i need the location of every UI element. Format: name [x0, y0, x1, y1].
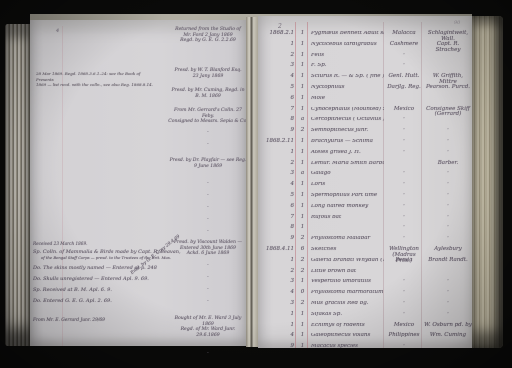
ditto-mark: · — [205, 228, 211, 235]
entry-line: Do. Skulls unregistered — Entered Apl. 9… — [33, 277, 193, 283]
description-cell: Phyllostoma marmoratum — [309, 290, 384, 296]
table-row: 61Mole — [258, 96, 470, 102]
description-cell: Brachyurus — Schima — [309, 139, 384, 145]
quantity-cell: 1 — [296, 204, 309, 210]
donor-cell: · — [424, 279, 472, 285]
acquisition-note: Presd. by W. T. Blanford Esq.23 Jany 186… — [168, 68, 248, 79]
locality-cell: · — [384, 204, 424, 210]
quantity-cell: 1 — [296, 161, 309, 167]
register-number-cell: 9 — [258, 236, 296, 242]
description-cell: F. Sp. — [309, 63, 384, 69]
donor-cell — [424, 63, 472, 69]
description-cell: Mus gracilis Red bg. — [309, 301, 384, 307]
table-row: 1868.2.111Brachyurus — Schima·· — [258, 139, 470, 145]
donor-cell: · — [424, 139, 472, 145]
register-number-cell: 5 — [258, 193, 296, 199]
description-cell: Galago — [309, 171, 384, 177]
note-line: Regd. by G. E. G. 2.2.69 — [168, 38, 248, 44]
entry-subtext: of the Bengal Staff Corps — presd. to th… — [41, 256, 193, 260]
ditto-mark: · — [205, 216, 211, 223]
donor-cell: Barber. — [424, 161, 472, 167]
acquisition-note: From Mr. Gerrard's Colln. 27 Feby.Consig… — [168, 108, 248, 125]
bottom-note: From Mr. E. Gerrard Junr. 29/69 — [33, 318, 105, 323]
locality-cell: · — [384, 236, 424, 242]
table-row: 11Echimys of rodentsMexicoW. Osburn pd. … — [258, 323, 470, 329]
table-row: 12Galeria Brandti Whydah (Type)PersiaBra… — [258, 258, 470, 264]
register-number-cell: 3 — [258, 279, 296, 285]
left-page: 4 28 Mar 1869. Regd. 1868.3.6.1–24: see … — [30, 20, 246, 346]
locality-cell: · — [384, 279, 424, 285]
table-row: 91Macacus species· — [258, 344, 470, 350]
ditto-mark: · — [205, 286, 211, 293]
locality-cell: · — [384, 63, 424, 69]
donor-cell: · — [424, 290, 472, 296]
stamp-line: 28 Mar 1869. Regd. 1868.3.6.1–24: see th… — [36, 71, 154, 82]
locality-cell: · — [384, 290, 424, 296]
donor-cell — [424, 269, 472, 275]
acquisition-note: Bought of Mr. E. Ward 3 July1869Regd. of… — [168, 316, 248, 339]
locality-cell — [384, 96, 424, 102]
register-number-cell: 2 — [258, 161, 296, 167]
received-block: Received 23 March 1869. Sp. Colln. of Ma… — [33, 241, 193, 310]
description-cell: Pygmæus Bennett Adult sk. — [309, 31, 384, 43]
ditto-mark: · — [205, 274, 211, 281]
register-number-cell: 2 — [258, 53, 296, 59]
donor-cell: · — [424, 301, 472, 307]
register-number-cell: 8 — [258, 225, 296, 231]
acquisition-note: Returned from the Studio ofMr. Ford 2 Ja… — [168, 27, 248, 44]
register-number-cell: 3 — [258, 171, 296, 177]
accession-stamp-note: 28 Mar 1869. Regd. 1868.3.6.1–24: see th… — [36, 71, 154, 88]
quantity-cell: 1 — [296, 225, 309, 231]
description-cell: Vespertilio umbratilis — [309, 279, 384, 285]
page-number-left: 2 — [278, 23, 282, 30]
quantity-cell: 1 — [296, 344, 309, 350]
description-cell: Galeria Brandti Whydah (Type) — [309, 258, 384, 264]
register-rows: 1868.2.11Pygmæus Bennett Adult sk.Malacc… — [258, 31, 470, 346]
quantity-cell: 1 — [296, 96, 309, 102]
donor-cell — [424, 344, 472, 350]
quantity-cell: 1 — [296, 182, 309, 188]
quantity-cell: 2 — [296, 128, 309, 134]
table-row: 21Lemur. Maria Smith Barbu Bay.Barber. — [258, 161, 470, 167]
table-row: 51Spermophilus Part time·· — [258, 193, 470, 199]
donor-cell: · — [424, 182, 472, 188]
locality-cell: · — [384, 312, 424, 318]
table-row: 31Vespertilio umbratilis·· — [258, 279, 470, 285]
table-row: 11Nycticebus tardigradusCashmereCapt. R.… — [258, 42, 470, 54]
donor-cell: W. Osburn pd. by — [424, 323, 472, 329]
locality-cell — [384, 161, 424, 167]
stamp-line: 1869 — list recd. with the colln., see a… — [36, 82, 154, 88]
description-cell: Phyllostoma Malabar — [309, 236, 384, 242]
register-number-cell: 4 — [258, 333, 296, 339]
locality-cell: · — [384, 117, 424, 123]
table-row: 31F. Sp.· — [258, 63, 470, 69]
quantity-cell: 0 — [296, 290, 309, 296]
quantity-cell: 1 — [296, 215, 309, 221]
ditto-mark: · — [205, 262, 211, 269]
ditto-mark: · — [205, 180, 211, 187]
quantity-cell: a — [296, 117, 309, 123]
donor-cell: · — [424, 236, 472, 242]
quantity-cell: 2 — [296, 301, 309, 307]
table-row: 81·· — [258, 225, 470, 231]
locality-cell: · — [384, 301, 424, 307]
entry-line: Sp. Colln. of Mammalia & Birds made by C… — [33, 250, 193, 260]
table-row: 92Phyllostoma Malabar·· — [258, 236, 470, 242]
book-gutter — [246, 17, 258, 347]
donor-cell: · — [424, 225, 472, 231]
description-cell: Sifakas Sp. — [309, 312, 384, 318]
table-row: 21Felis· — [258, 53, 470, 59]
locality-cell: Persia — [384, 258, 424, 264]
table-row: 71Rufous bat·· — [258, 215, 470, 221]
quantity-cell: 1 — [296, 312, 309, 318]
locality-cell: · — [384, 139, 424, 145]
table-row: 11Sifakas Sp.·· — [258, 312, 470, 318]
entry-line: Do. The skins mostly named — Entered at … — [33, 266, 193, 272]
register-number-cell: 5 — [258, 85, 296, 91]
description-cell: Rufous bat — [309, 215, 384, 221]
donor-cell: Capt. R. Strachey — [424, 42, 472, 54]
note-line: 29.6.1869 — [168, 333, 248, 339]
register-number-cell: 9 — [258, 128, 296, 134]
note-line: Bought of Mr. E. Ward 3 July — [168, 316, 248, 322]
ditto-mark: · — [205, 350, 211, 357]
register-number-cell: 1 — [258, 323, 296, 329]
description-cell: Long haired monkey — [309, 204, 384, 210]
description-cell: Loris — [309, 182, 384, 188]
table-row: 40Phyllostoma marmoratum·· — [258, 290, 470, 296]
note-line: 9 June 1869 — [168, 164, 248, 170]
ditto-mark: · — [205, 129, 211, 136]
ditto-mark: · — [205, 192, 211, 199]
register-number-cell: 3 — [258, 63, 296, 69]
note-line: Consigned to Messrs. Sepia & Co. — [168, 119, 248, 125]
locality-cell: · — [384, 53, 424, 59]
quantity-cell: 1 — [296, 193, 309, 199]
left-page-stack-edge — [5, 24, 30, 346]
donor-cell: · — [424, 150, 472, 156]
locality-cell — [384, 269, 424, 275]
register-number-cell: 2 — [258, 269, 296, 275]
register-number-cell: 1 — [258, 258, 296, 264]
donor-cell: · — [424, 171, 472, 177]
quantity-cell: a — [296, 171, 309, 177]
donor-cell: Pearson. Purcd. — [424, 85, 472, 91]
locality-cell: · — [384, 128, 424, 134]
entry-line: Sp. Received at B. M. Apl. 6. 9. — [33, 288, 193, 294]
table-row: 41Galeopithecus volansPhilippinesWm. Cum… — [258, 333, 470, 339]
table-row: 61Long haired monkey·· — [258, 204, 470, 210]
description-cell: Lemur. Maria Smith Barbu Bay. — [309, 161, 384, 167]
description-cell: Semnopithecus junr. — [309, 128, 384, 134]
quantity-cell: 1 — [296, 85, 309, 91]
ditto-mark: · — [205, 141, 211, 148]
donor-cell — [424, 117, 472, 123]
quantity-cell: 2 — [296, 236, 309, 242]
locality-cell: Darjlg. Reg. — [384, 85, 424, 91]
description-cell — [309, 225, 384, 231]
register-number-cell: 4 — [258, 182, 296, 188]
note-line: B. M. 1869 — [168, 94, 248, 100]
quantity-cell: 1 — [296, 150, 309, 156]
donor-cell: · — [424, 215, 472, 221]
locality-cell: Mexico — [384, 323, 424, 329]
quantity-cell: 2 — [296, 269, 309, 275]
table-row: 3aGalago·· — [258, 171, 470, 177]
ditto-mark: · — [205, 204, 211, 211]
register-number-cell: 1 — [258, 312, 296, 318]
fore-edge-pages — [472, 16, 503, 348]
table-row: 8aCercopithecus ( Octavius )· — [258, 117, 470, 123]
register-number-cell: 8 — [258, 117, 296, 123]
table-row: 51NyctophilusDarjlg. Reg.Pearson. Purcd. — [258, 85, 470, 91]
locality-cell: Philippines — [384, 333, 424, 339]
register-number-cell: 1868.2.11 — [258, 139, 296, 145]
description-cell: Macacus species — [309, 344, 384, 350]
table-row: 71Cynocephalus (Mounted) SepiaMexicoCons… — [258, 107, 470, 119]
locality-cell: · — [384, 215, 424, 221]
entry-line: Do. Entered G. E. G. Apl. 2. 69. — [33, 299, 193, 305]
donor-cell — [424, 53, 472, 59]
description-cell: Nyctophilus — [309, 85, 384, 91]
corner-mark: 4 — [56, 28, 59, 34]
description-cell: Mole — [309, 96, 384, 102]
quantity-cell: 1 — [296, 139, 309, 145]
register-number-cell: 6 — [258, 96, 296, 102]
ledger-photograph: 4 28 Mar 1869. Regd. 1868.3.6.1–24: see … — [0, 0, 512, 368]
quantity-cell: 1 — [296, 279, 309, 285]
register-number-cell: 1 — [258, 150, 296, 156]
description-cell: Cercopithecus ( Octavius ) — [309, 117, 384, 123]
table-row: 41Loris·· — [258, 182, 470, 188]
register-number-cell: 6 — [258, 204, 296, 210]
note-line: 23 Jany 1869 — [168, 74, 248, 80]
quantity-cell: 1 — [296, 63, 309, 69]
description-cell: Felis — [309, 53, 384, 59]
quantity-cell: 1 — [296, 323, 309, 329]
register-number-cell: 7 — [258, 215, 296, 221]
donor-cell: Wm. Cuming — [424, 333, 472, 339]
note-line: Presd. by Mr. Cuming, Regd. in — [168, 88, 248, 94]
quantity-cell: 1 — [296, 333, 309, 339]
locality-cell: · — [384, 193, 424, 199]
note-line: From Mr. Gerrard's Colln. 27 Feby. — [168, 108, 248, 119]
register-number-cell: 9 — [258, 344, 296, 350]
description-cell: Sciurus R. — & Sp. ( fine ) — [309, 74, 384, 86]
table-row: 11Ateles grisea J. H.·· — [258, 150, 470, 156]
table-row: 92Semnopithecus junr.·· — [258, 128, 470, 134]
table-row: 22Little brown bat — [258, 269, 470, 275]
right-page: 2 90 1868.2.11Pygmæus Bennett Adult sk.M… — [258, 16, 472, 348]
locality-cell: · — [384, 182, 424, 188]
donor-cell: · — [424, 128, 472, 134]
locality-cell: · — [384, 171, 424, 177]
donor-cell: · — [424, 204, 472, 210]
donor-cell — [424, 96, 472, 102]
locality-cell: · — [384, 150, 424, 156]
quantity-cell: 1 — [296, 53, 309, 59]
table-row: 32Mus gracilis Red bg.·· — [258, 301, 470, 307]
description-cell: Little brown bat — [309, 269, 384, 275]
register-number-cell: 3 — [258, 301, 296, 307]
locality-cell: · — [384, 225, 424, 231]
donor-cell: · — [424, 193, 472, 199]
acquisition-note: Presd. by Mr. Cuming, Regd. inB. M. 1869 — [168, 88, 248, 99]
note-line: Returned from the Studio of — [168, 27, 248, 33]
donor-cell: Brandt Randt. — [424, 258, 472, 264]
description-cell: Cynocephalus (Mounted) Sepia — [309, 107, 384, 119]
description-cell: Ateles grisea J. H. — [309, 150, 384, 156]
note-line: Presd. by Dr. Playfair — see Reg. — [168, 158, 248, 164]
description-cell: Galeopithecus volans — [309, 333, 384, 339]
locality-cell: · — [384, 344, 424, 350]
quantity-cell: 2 — [296, 258, 309, 264]
note-line: Presd. by W. T. Blanford Esq. — [168, 68, 248, 74]
ditto-mark: · — [205, 298, 211, 305]
description-cell: Echimys of rodents — [309, 323, 384, 329]
acquisition-note: Presd. by Dr. Playfair — see Reg.9 June … — [168, 158, 248, 169]
register-number-cell: 4 — [258, 290, 296, 296]
description-cell: Nycticebus tardigradus — [309, 42, 384, 54]
donor-cell: · — [424, 312, 472, 318]
donor-cell: Consignee Skiff (Gerrard) — [424, 107, 472, 119]
description-cell: Spermophilus Part time — [309, 193, 384, 199]
page-number-right: 90 — [454, 20, 460, 26]
